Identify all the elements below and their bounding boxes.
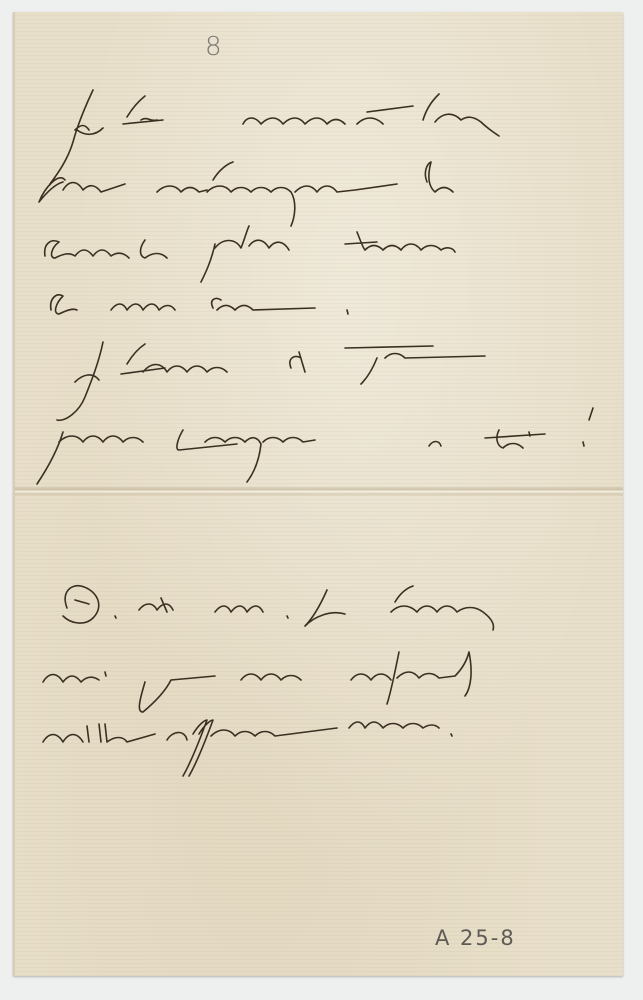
letter-line-7: D. est ici. Il t'envoie, <box>61 588 356 618</box>
archive-reference: A 25-8 <box>435 926 516 950</box>
letter-line-8: ainsi que mes enfants, <box>43 660 360 690</box>
letter-line-5: Je t'aime et je <box>75 352 271 382</box>
letter-line-1: Je t'ai remercié à l'avance <box>55 108 424 138</box>
letter-line-9: mille affectueux souvenirs. <box>43 718 425 748</box>
handwriting-strokes <box>15 12 623 976</box>
letter-sheet: 8 <box>13 12 623 976</box>
letter-line-6: pense toujours à toi ! <box>55 420 357 450</box>
letter-line-4: de mon cœur. <box>49 290 241 320</box>
letter-line-3: élans les plus tendres <box>43 234 352 264</box>
letter-line-2: chérie, en t'envoyant les <box>39 172 387 202</box>
